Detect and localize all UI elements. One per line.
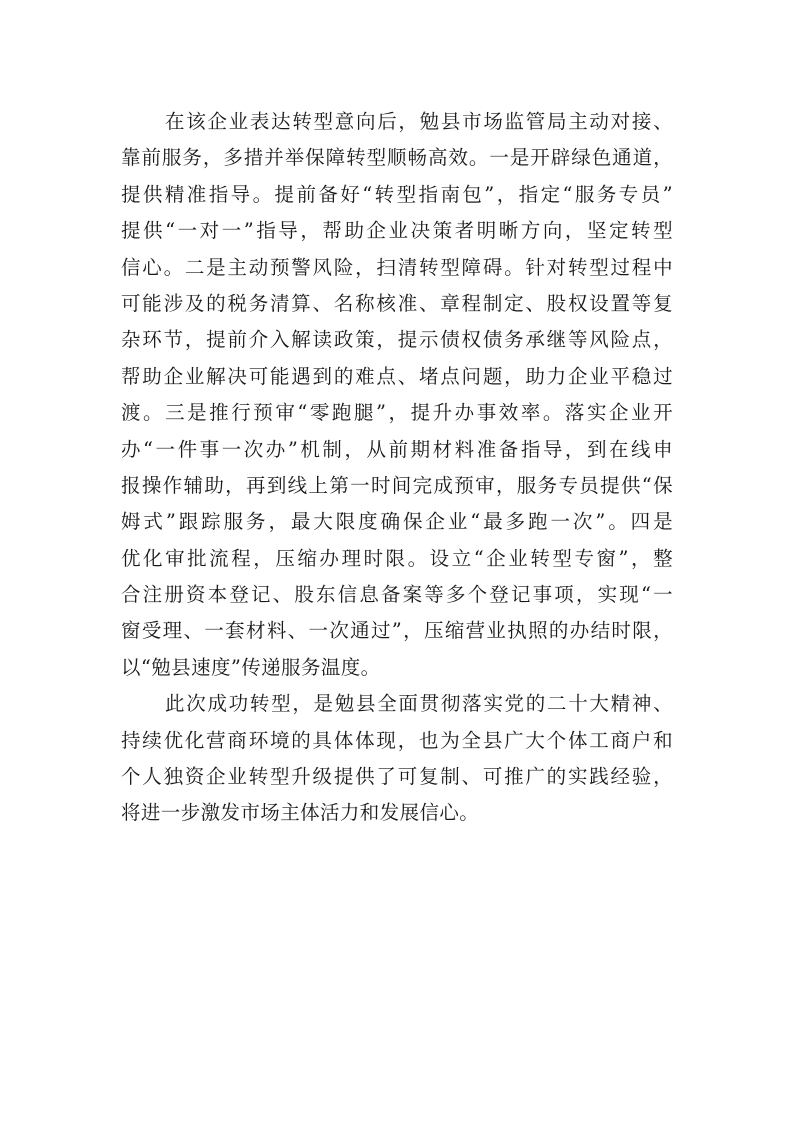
text-line: 此次成功转型，是勉县全面贯彻落实党的二十大精神、: [121, 686, 673, 722]
text-line: 帮助企业解决可能遇到的难点、堵点问题，助力企业平稳过: [121, 359, 673, 395]
text-line: 窗受理、一套材料、一次通过”，压缩营业执照的办结时限，: [121, 613, 673, 649]
text-line: 持续优化营商环境的具体体现，也为全县广大个体工商户和: [121, 723, 673, 759]
text-line: 姆式”跟踪服务，最大限度确保企业“最多跑一次”。四是: [121, 504, 673, 540]
text-line: 提供精准指导。提前备好“转型指南包”，指定“服务专员”: [121, 177, 673, 213]
text-line: 在该企业表达转型意向后，勉县市场监管局主动对接、: [121, 104, 673, 140]
document-body: 在该企业表达转型意向后，勉县市场监管局主动对接、 靠前服务，多措并举保障转型顺畅…: [121, 104, 673, 832]
text-line: 靠前服务，多措并举保障转型顺畅高效。一是开辟绿色通道，: [121, 140, 673, 176]
document-page: 在该企业表达转型意向后，勉县市场监管局主动对接、 靠前服务，多措并举保障转型顺畅…: [0, 0, 793, 1122]
text-line: 信心。二是主动预警风险，扫清转型障碍。针对转型过程中: [121, 250, 673, 286]
text-line: 优化审批流程，压缩办理时限。设立“企业转型专窗”，整: [121, 541, 673, 577]
text-line: 杂环节，提前介入解读政策，提示债权债务承继等风险点，: [121, 322, 673, 358]
text-line: 报操作辅助，再到线上第一时间完成预审，服务专员提供“保: [121, 468, 673, 504]
text-line: 个人独资企业转型升级提供了可复制、可推广的实践经验，: [121, 759, 673, 795]
text-line: 以“勉县速度”传递服务温度。: [121, 650, 673, 686]
text-line: 渡。三是推行预审“零跑腿”，提升办事效率。落实企业开: [121, 395, 673, 431]
text-line: 将进一步激发市场主体活力和发展信心。: [121, 795, 673, 831]
paragraph-1: 在该企业表达转型意向后，勉县市场监管局主动对接、 靠前服务，多措并举保障转型顺畅…: [121, 104, 673, 686]
text-line: 合注册资本登记、股东信息备案等多个登记事项，实现“一: [121, 577, 673, 613]
text-line: 办“一件事一次办”机制，从前期材料准备指导，到在线申: [121, 432, 673, 468]
paragraph-2: 此次成功转型，是勉县全面贯彻落实党的二十大精神、 持续优化营商环境的具体体现，也…: [121, 686, 673, 832]
text-line: 提供“一对一”指导，帮助企业决策者明晰方向，坚定转型: [121, 213, 673, 249]
text-line: 可能涉及的税务清算、名称核准、章程制定、股权设置等复: [121, 286, 673, 322]
